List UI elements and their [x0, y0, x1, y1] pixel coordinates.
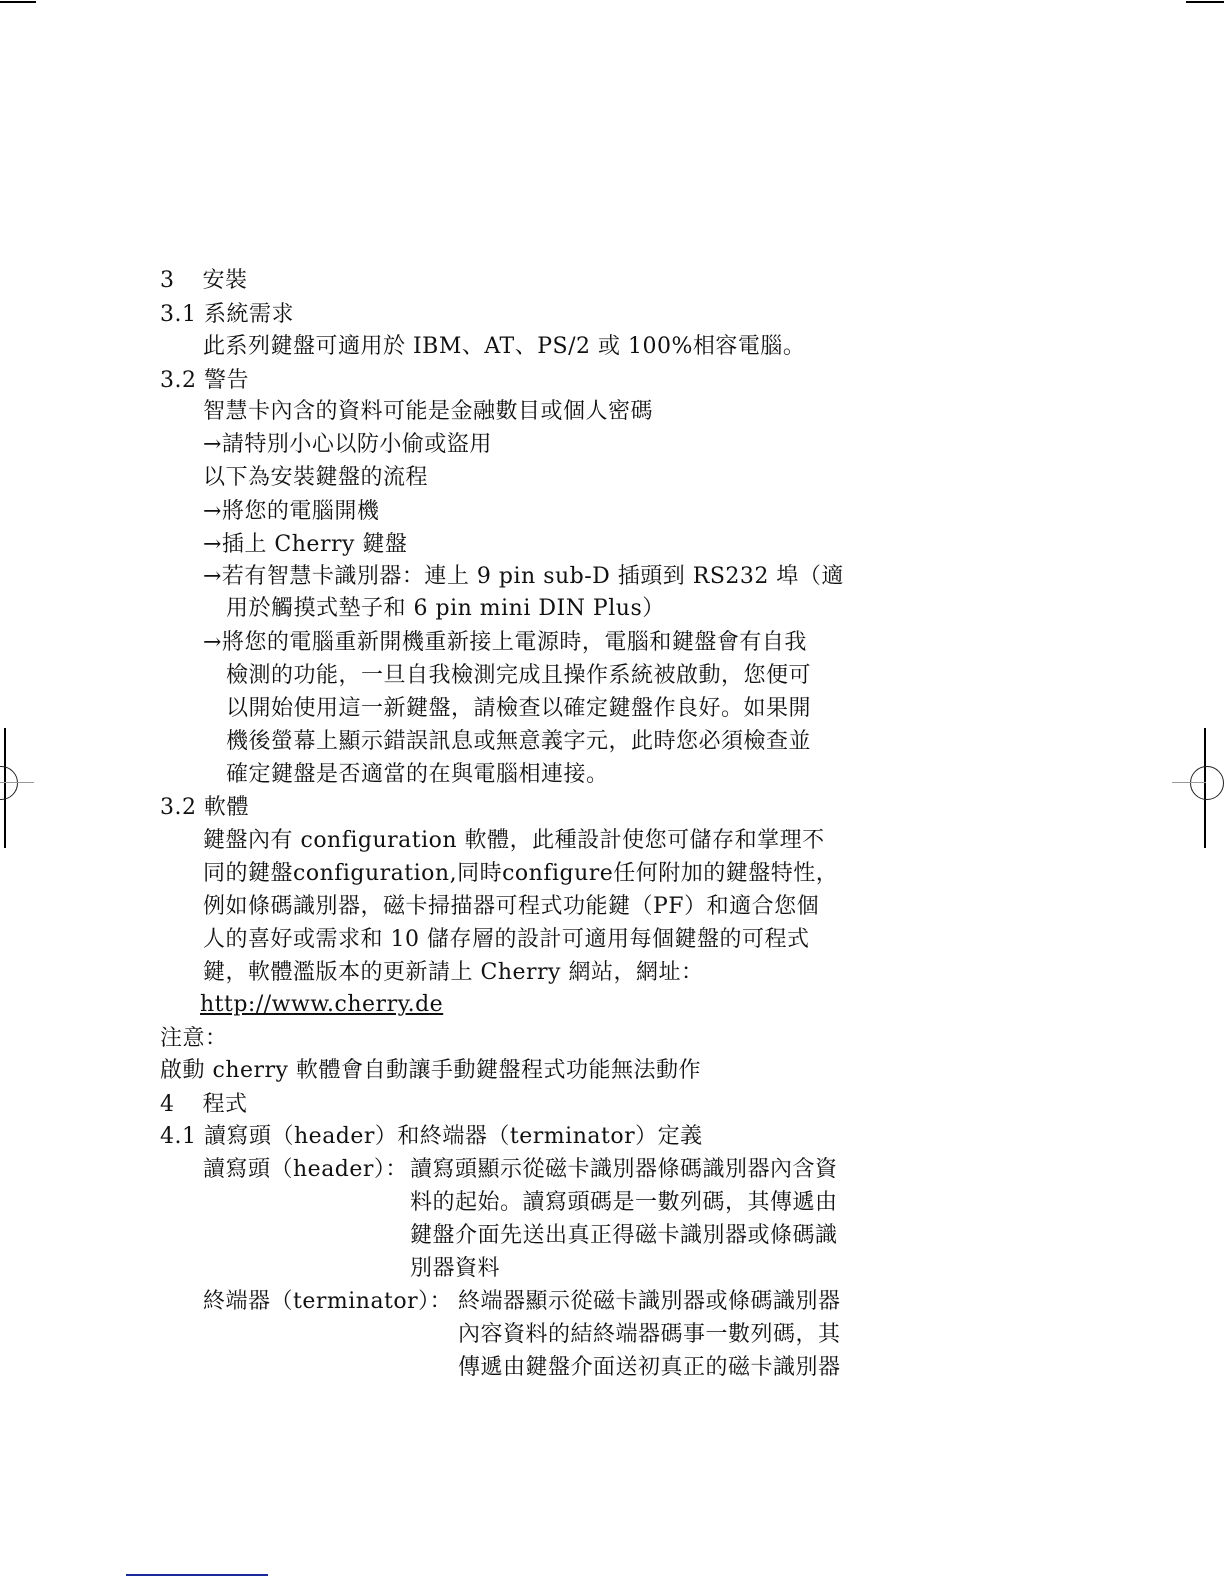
install-step-continued: 以開始使用這一新鍵盤，請檢查以確定鍵盤作良好。如果開: [226, 694, 811, 724]
crop-mark-top-left: [0, 1, 36, 3]
section-number: 3.2: [160, 795, 197, 820]
install-steps-intro: 以下為安裝鍵盤的流程: [203, 463, 428, 493]
terminator-definition-line: 內容資料的結終端器碼事一數列碼，其: [458, 1320, 841, 1350]
section-title: 安裝: [203, 268, 248, 293]
section-number: 3: [160, 268, 175, 293]
note-text: 啟動 cherry 軟體會自動讓手動鍵盤程式功能無法動作: [160, 1056, 701, 1086]
install-step: →將您的電腦開機: [203, 497, 379, 527]
section-title: 警告: [204, 368, 249, 393]
warning-line: 智慧卡內含的資料可能是金融數目或個人密碼: [203, 397, 653, 427]
software-paragraph-line: 人的喜好或需求和 10 儲存層的設計可適用每個鍵盤的可程式: [203, 925, 809, 955]
install-step-continued: 用於觸摸式墊子和 6 pin mini DIN Plus）: [226, 594, 665, 624]
install-step-continued: 機後螢幕上顯示錯誤訊息或無意義字元，此時您必須檢查並: [226, 727, 811, 757]
section-title: 軟體: [204, 795, 249, 820]
software-paragraph-line: 鍵盤內有 configuration 軟體，此種設計使您可儲存和掌理不: [203, 826, 825, 856]
registration-mark-left: [0, 728, 30, 848]
terminator-definition-line: 傳遞由鍵盤介面送初真正的磁卡識別器: [458, 1353, 841, 1383]
section-number: 4.1: [160, 1124, 197, 1149]
section-3-heading: 3安裝: [160, 266, 248, 296]
install-step-continued: 確定鍵盤是否適當的在與電腦相連接。: [226, 760, 609, 790]
section-4-heading: 4程式: [160, 1090, 248, 1120]
section-3-2-warning-heading: 3.2 警告: [160, 366, 249, 396]
section-3-1-heading: 3.1 系統需求: [160, 300, 294, 330]
install-step-continued: 檢測的功能，一旦自我檢測完成且操作系統被啟動，您便可: [226, 661, 811, 691]
section-number: 4: [160, 1092, 175, 1117]
registration-mark-right: [1190, 728, 1220, 848]
crop-mark-top-right: [1186, 1, 1224, 3]
footer-rule: [126, 1574, 268, 1576]
header-definition-line: 料的起始。讀寫頭碼是一數列碼，其傳遞由: [410, 1188, 838, 1218]
section-3-2-software-heading: 3.2 軟體: [160, 793, 249, 823]
terminator-term: 終端器（terminator）：: [203, 1287, 452, 1317]
software-paragraph-line: 鍵，軟體濫版本的更新請上 Cherry 網站，網址：: [203, 958, 703, 988]
section-title: 程式: [203, 1092, 248, 1117]
header-term: 讀寫頭（header）：: [203, 1155, 408, 1185]
header-definition-line: 讀寫頭顯示從磁卡識別器條碼識別器內含資: [410, 1155, 838, 1185]
warning-line: →請特別小心以防小偷或盜用: [203, 430, 492, 460]
terminator-definition-line: 終端器顯示從磁卡識別器或條碼識別器: [458, 1287, 841, 1317]
software-paragraph-line: 例如條碼識別器，磁卡掃描器可程式功能鍵（PF）和適合您個: [203, 892, 819, 922]
section-number: 3.1: [160, 302, 197, 327]
header-definition-line: 別器資料: [410, 1254, 500, 1284]
software-paragraph-line: 同的鍵盤configuration,同時configure任何附加的鍵盤特性，: [203, 859, 838, 889]
section-number: 3.2: [160, 368, 197, 393]
note-label: 注意：: [160, 1024, 228, 1054]
section-title: 系統需求: [204, 302, 294, 327]
cherry-website-link[interactable]: http://www.cherry.de: [200, 990, 443, 1020]
install-step: →若有智慧卡識別器：連上 9 pin sub-D 插頭到 RS232 埠（適: [203, 562, 844, 592]
header-definition-line: 鍵盤介面先送出真正得磁卡識別器或條碼識: [410, 1221, 838, 1251]
system-requirements-text: 此系列鍵盤可適用於 IBM、AT、PS/2 或 100%相容電腦。: [203, 332, 805, 362]
section-title: 讀寫頭（header）和終端器（terminator）定義: [204, 1124, 703, 1149]
install-step: →將您的電腦重新開機重新接上電源時，電腦和鍵盤會有自我: [203, 628, 807, 658]
install-step: →插上 Cherry 鍵盤: [203, 530, 407, 560]
section-4-1-heading: 4.1 讀寫頭（header）和終端器（terminator）定義: [160, 1122, 703, 1152]
